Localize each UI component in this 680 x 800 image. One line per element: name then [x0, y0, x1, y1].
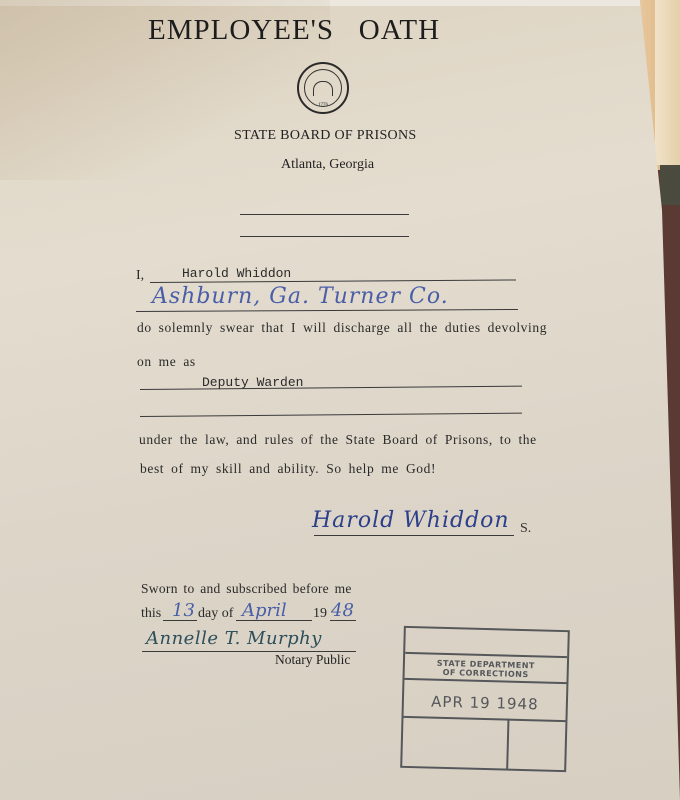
year-prefix: 19: [313, 606, 327, 622]
received-stamp: STATE DEPARTMENT OF CORRECTIONS APR 19 1…: [400, 626, 570, 772]
blank-line: [240, 236, 409, 237]
oath-text-line-3: under the law, and rules of the State Bo…: [139, 432, 537, 448]
oath-text-line-2: on me as: [137, 354, 196, 370]
sworn-text: Sworn to and subscribed before me: [141, 581, 352, 597]
stamp-department: STATE DEPARTMENT OF CORRECTIONS: [405, 658, 567, 680]
employee-signature: Harold Whiddon: [312, 508, 510, 533]
notary-label: Notary Public: [275, 652, 350, 668]
blank-line: [240, 214, 409, 215]
oath-document: EMPLOYEE'S OATH 1776 STATE BOARD OF PRIS…: [0, 0, 680, 800]
issuer-location: Atlanta, Georgia: [281, 157, 374, 173]
stamp-divider: [403, 716, 565, 722]
stamp-divider: [405, 652, 567, 658]
month-line: [236, 620, 312, 621]
oath-text-line-4: best of my skill and ability. So help me…: [140, 461, 436, 477]
signature-line: [314, 535, 514, 536]
stamp-divider: [506, 719, 509, 769]
employee-name-field: Harold Whiddon: [182, 266, 291, 281]
blank-line: [140, 413, 522, 417]
position-line: [140, 386, 522, 390]
background-object: [660, 165, 680, 205]
notary-signature: Annelle T. Murphy: [146, 628, 322, 649]
notary-day: 13: [172, 600, 195, 621]
issuer-name: STATE BOARD OF PRISONS: [234, 128, 416, 144]
pronoun-label: I,: [136, 268, 144, 284]
address-handwritten: Ashburn, Ga. Turner Co.: [152, 284, 449, 309]
seal-year: 1776: [299, 103, 347, 108]
stamp-date: APR 19 1948: [404, 692, 566, 714]
day-of-label: day of: [198, 606, 233, 622]
document-title: EMPLOYEE'S OATH: [148, 14, 440, 47]
day-line: [163, 620, 197, 621]
seal-arch-icon: [313, 81, 333, 96]
seal-emblem: [304, 69, 342, 107]
address-line: [136, 309, 518, 312]
this-label: this: [141, 606, 161, 622]
notary-month: April: [242, 600, 287, 621]
year-line: [330, 620, 356, 621]
state-seal-icon: 1776: [297, 62, 349, 114]
notary-year: 48: [331, 600, 354, 621]
oath-text-line-1: do solemnly swear that I will discharge …: [137, 320, 547, 336]
signature-suffix: S.: [520, 521, 531, 537]
background-paper-edge: [655, 0, 680, 165]
